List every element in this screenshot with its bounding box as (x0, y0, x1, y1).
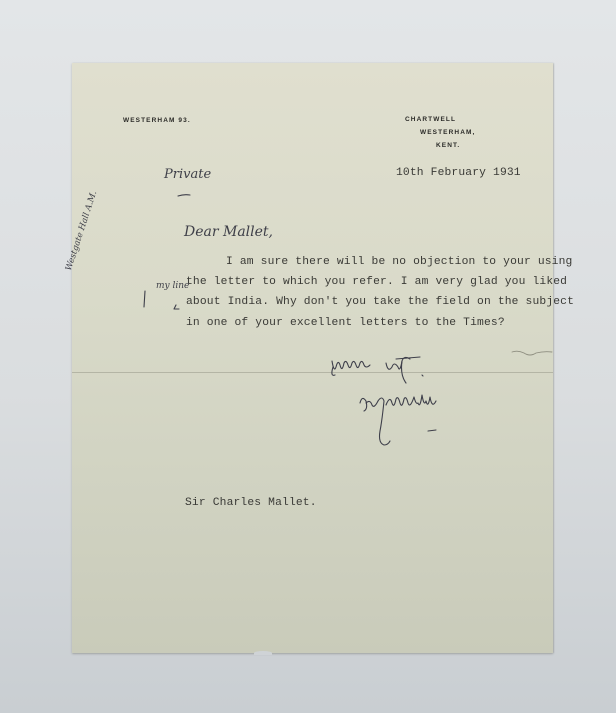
paper-notch (254, 651, 272, 655)
letterhead-telephone: WESTERHAM 93. (123, 117, 191, 124)
tear-mark-icon (512, 349, 552, 355)
private-underline-icon (177, 194, 191, 198)
margin-note: Westgate Hall A.M. (64, 190, 99, 272)
salutation: Dear Mallet, (184, 224, 273, 240)
signature-handwriting-icon (358, 391, 478, 471)
letterhead-address-line2: WESTERHAM, (420, 129, 475, 136)
recipient-name: Sir Charles Mallet. (185, 497, 317, 509)
body-line-1: I am sure there will be no objection to … (226, 256, 572, 268)
body-line-2: the letter to which you refer. I am very… (186, 276, 567, 288)
letterhead-address-line1: CHARTWELL (405, 116, 456, 123)
body-line-3: about India. Why don't you take the fiel… (186, 296, 574, 308)
private-annotation: Private (164, 167, 211, 182)
fold-line (72, 372, 553, 373)
insertion-bracket-icon (142, 285, 182, 311)
letterhead-address-line3: KENT. (436, 142, 460, 149)
letter-date: 10th February 1931 (396, 167, 521, 179)
letter-sheet: WESTERHAM 93. CHARTWELL WESTERHAM, KENT.… (72, 63, 553, 653)
body-line-4: in one of your excellent letters to the … (186, 317, 505, 329)
